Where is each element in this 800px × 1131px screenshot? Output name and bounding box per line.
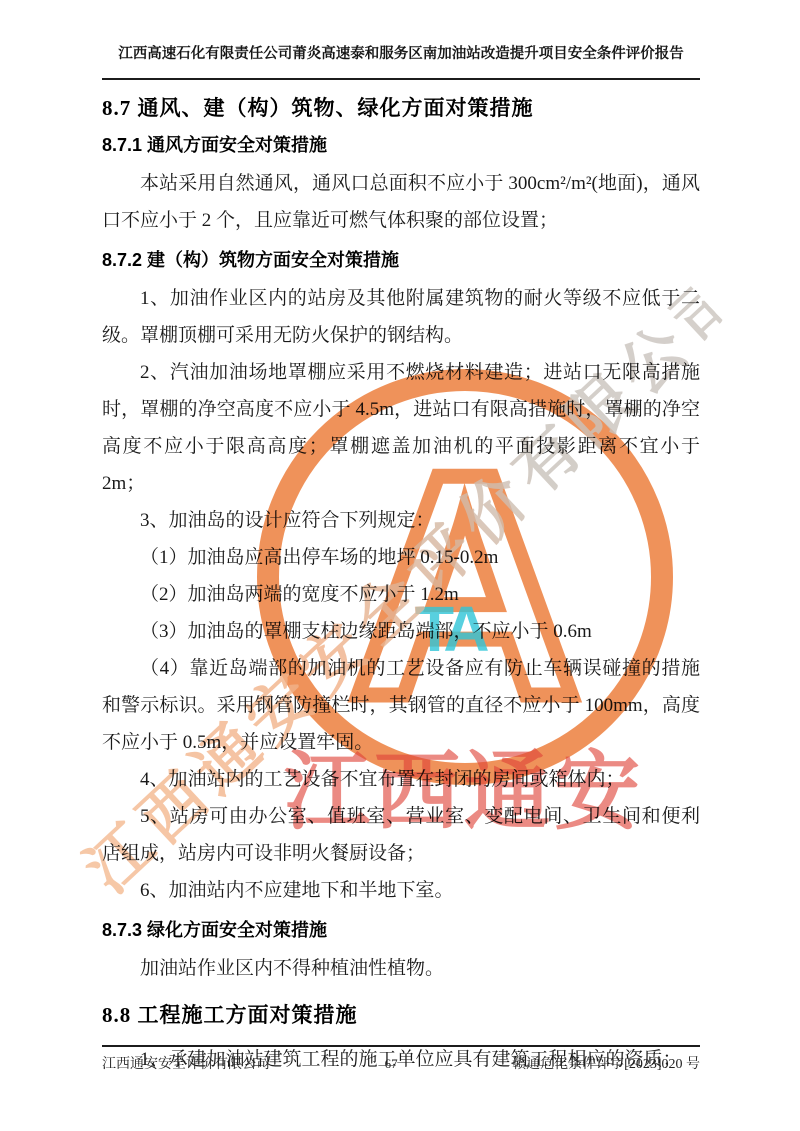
document-body: 8.7 通风、建（构）筑物、绿化方面对策措施8.7.1 通风方面安全对策措施本站… <box>102 94 700 1078</box>
header-rule <box>102 78 700 80</box>
page-header-title: 江西高速石化有限责任公司莆炎高速泰和服务区南加油站改造提升项目安全条件评价报告 <box>102 44 700 65</box>
paragraph: （3）加油岛的罩棚支柱边缘距岛端部，不应小于 0.6m <box>102 613 700 650</box>
paragraph: 4、加油站内的工艺设备不宜布置在封闭的房间或箱体内； <box>102 761 700 798</box>
paragraph: 6、加油站内不应建地下和半地下室。 <box>102 872 700 909</box>
subsection-heading: 8.7.2 建（构）筑物方面安全对策措施 <box>102 249 700 272</box>
paragraph: 本站采用自然通风，通风口总面积不应小于 300cm²/m²(地面)，通风口不应小… <box>102 165 700 239</box>
section-heading: 8.7 通风、建（构）筑物、绿化方面对策措施 <box>102 94 700 122</box>
paragraph: 加油站作业区内不得种植油性植物。 <box>102 950 700 987</box>
paragraph: （2）加油岛两端的宽度不应小于 1.2m <box>102 576 700 613</box>
paragraph: （1）加油岛应高出停车场的地坪 0.15-0.2m <box>102 539 700 576</box>
footer-page-number: 67 <box>385 1056 398 1072</box>
paragraph: 3、加油岛的设计应符合下列规定： <box>102 502 700 539</box>
page-footer: 江西通安安全评价有限公司 67 赣通危化条件评字[2023]020 号 <box>102 1045 700 1073</box>
section-heading: 8.8 工程施工方面对策措施 <box>102 1001 700 1029</box>
subsection-heading: 8.7.3 绿化方面安全对策措施 <box>102 919 700 942</box>
paragraph: 5、站房可由办公室、值班室、营业室、变配电间、卫生间和便利店组成，站房内可设非明… <box>102 798 700 872</box>
footer-doc-number: 赣通危化条件评字[2023]020 号 <box>512 1053 700 1073</box>
paragraph: 1、加油作业区内的站房及其他附属建筑物的耐火等级不应低于二级。罩棚顶棚可采用无防… <box>102 280 700 354</box>
paragraph: 2、汽油加油场地罩棚应采用不燃烧材料建造；进站口无限高措施时，罩棚的净空高度不应… <box>102 354 700 502</box>
subsection-heading: 8.7.1 通风方面安全对策措施 <box>102 134 700 157</box>
paragraph: （4）靠近岛端部的加油机的工艺设备应有防止车辆误碰撞的措施和警示标识。采用钢管防… <box>102 650 700 761</box>
footer-company: 江西通安安全评价有限公司 <box>102 1053 270 1073</box>
document-page: 江西高速石化有限责任公司莆炎高速泰和服务区南加油站改造提升项目安全条件评价报告 … <box>102 44 700 1078</box>
